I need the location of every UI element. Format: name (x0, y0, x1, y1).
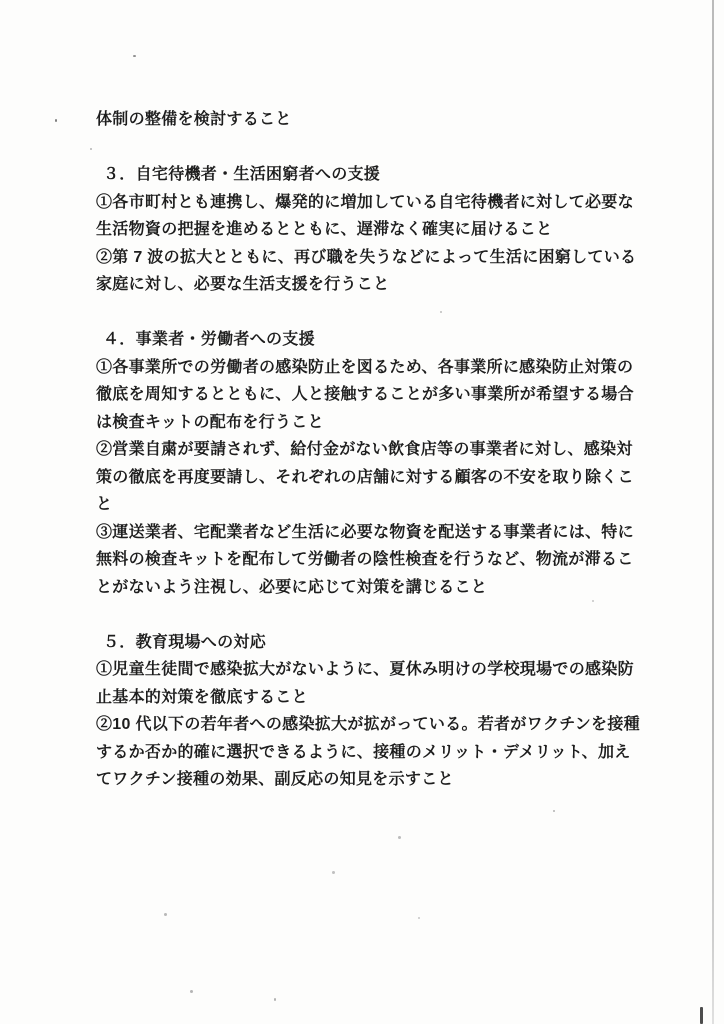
text-line: ①児童生徒間で感染拡大がないように、夏休み明けの学校現場での感染防 (96, 656, 640, 684)
scan-speck (398, 836, 401, 839)
text-line: てワクチン接種の効果、副反応の知見を示すこと (96, 766, 640, 794)
scan-speck (164, 913, 167, 916)
scan-speck (553, 810, 555, 812)
text-line: するか否か的確に選択できるように、接種のメリット・デメリット、加え (96, 739, 640, 767)
text-line: 無料の検査キットを配布して労働者の陰性検査を行うなど、物流が滞るこ (96, 546, 640, 574)
scan-speck (190, 990, 193, 993)
text-line: とがないよう注視し、必要に応じて対策を講じること (96, 574, 640, 602)
scan-speck (332, 871, 335, 874)
text-line: と (96, 491, 640, 519)
section-stay-home-support: ３．自宅待機者・生活困窮者への支援 ①各市町村とも連携し、爆発的に増加している自… (96, 161, 640, 299)
scanner-edge-mark (700, 1007, 703, 1024)
scan-speck (90, 148, 92, 150)
section-education-response: ５．教育現場への対応 ①児童生徒間で感染拡大がないように、夏休み明けの学校現場で… (96, 629, 640, 794)
section-heading: ４．事業者・労働者への支援 (96, 326, 640, 354)
text-line: 止基本的対策を徹底すること (96, 684, 640, 712)
section-heading: ５．教育現場への対応 (96, 629, 640, 657)
scan-speck (55, 119, 57, 122)
text-line: ②10 代以下の若年者への感染拡大が拡がっている。若者がワクチンを接種 (96, 711, 640, 739)
scan-speck (274, 998, 276, 1001)
scanner-edge-line (712, 0, 714, 1024)
scan-speck (133, 55, 136, 57)
text-line: ①各市町村とも連携し、爆発的に増加している自宅待機者に対して必要な (96, 189, 640, 217)
text-line: ②営業自粛が要請されず、給付金がない飲食店等の事業者に対し、感染対 (96, 436, 640, 464)
scanned-page: 体制の整備を検討すること ３．自宅待機者・生活困窮者への支援 ①各市町村とも連携… (0, 0, 724, 1024)
text-line: 家庭に対し、必要な生活支援を行うこと (96, 271, 640, 299)
scan-speck (592, 600, 594, 602)
text-line: ①各事業所での労働者の感染防止を図るため、各事業所に感染防止対策の (96, 354, 640, 382)
section-heading: ３．自宅待機者・生活困窮者への支援 (96, 161, 640, 189)
intro-paragraph: 体制の整備を検討すること (96, 106, 640, 134)
scan-speck (418, 917, 420, 919)
text-line: 生活物資の把握を進めるとともに、遅滞なく確実に届けること (96, 216, 640, 244)
text-line: は検査キットの配布を行うこと (96, 409, 640, 437)
text-line: 徹底を周知するとともに、人と接触することが多い事業所が希望する場合 (96, 381, 640, 409)
text-line: 体制の整備を検討すること (96, 106, 640, 134)
text-line: ③運送業者、宅配業者など生活に必要な物資を配送する事業者には、特に (96, 519, 640, 547)
scan-speck (440, 311, 442, 313)
text-line: ②第 7 波の拡大とともに、再び職を失うなどによって生活に困窮している (96, 244, 640, 272)
document-text: 体制の整備を検討すること ３．自宅待機者・生活困窮者への支援 ①各市町村とも連携… (96, 106, 640, 794)
section-business-worker-support: ４．事業者・労働者への支援 ①各事業所での労働者の感染防止を図るため、各事業所に… (96, 326, 640, 601)
text-line: 策の徹底を再度要請し、それぞれの店舗に対する顧客の不安を取り除くこ (96, 464, 640, 492)
